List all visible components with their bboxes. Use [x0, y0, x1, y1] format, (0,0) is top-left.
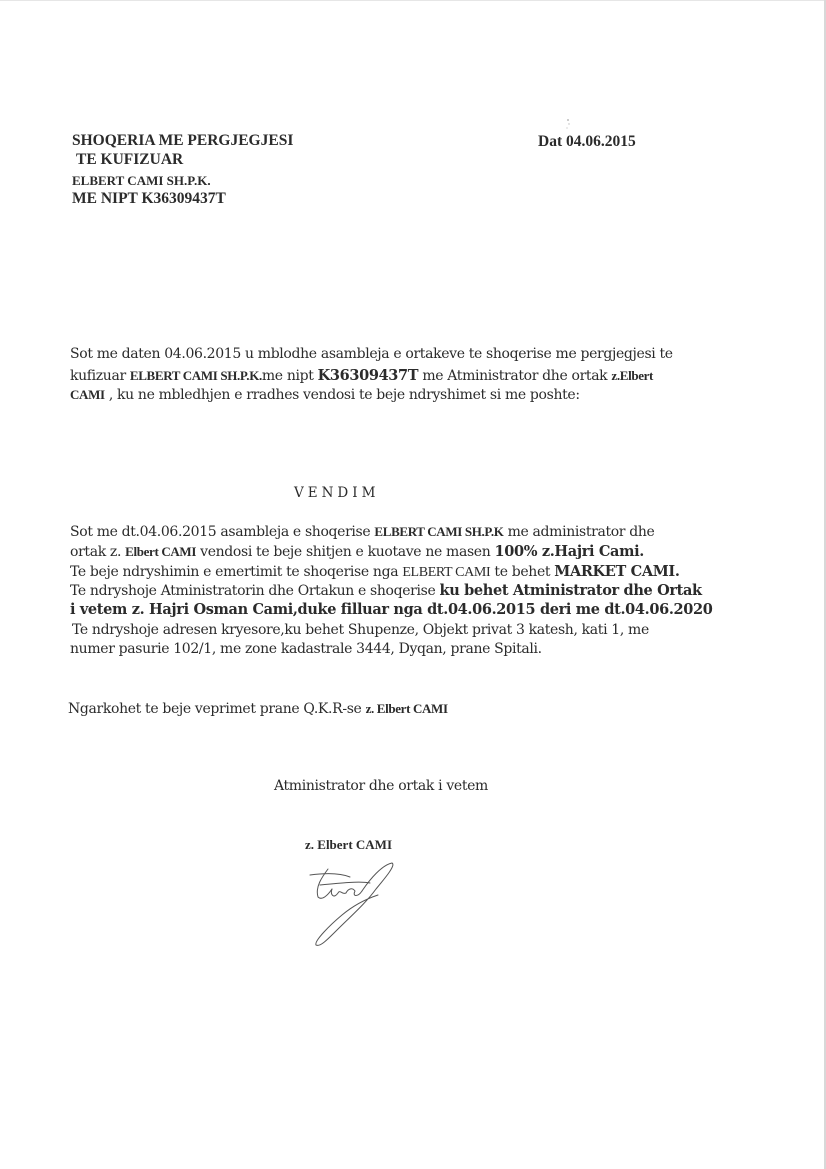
person-name-inline: z.Elbert: [611, 368, 653, 383]
person-name-inline: Elbert CAMI: [125, 544, 196, 559]
text: me administrator dhe: [503, 524, 654, 540]
company-name-inline: ELBERT CAMI SH.P.K: [374, 524, 503, 539]
decision-line-2: ortak z. Elbert CAMI vendosi te beje shi…: [70, 543, 644, 560]
text: Sot me dt.04.06.2015 asambleja e shoqeri…: [70, 524, 374, 540]
signature-icon: [300, 855, 420, 950]
text: kufizuar: [70, 368, 130, 384]
scan-specks: [560, 110, 590, 240]
scan-edge-top: [0, 0, 826, 1]
decision-line-5: i vetem z. Hajri Osman Cami,duke filluar…: [70, 601, 712, 618]
decision-line-3: Te beje ndryshimin e emertimit te shoqer…: [70, 563, 680, 581]
company-name: ELBERT CAMI SH.P.K.: [72, 173, 211, 189]
text: ortak z.: [70, 544, 125, 560]
text: , ku ne mbledhjen e rradhes vendosi te b…: [105, 387, 580, 403]
text: Te ndryshoje Atministratorin dhe Ortakun…: [70, 583, 440, 599]
administrator-change: ku behet Atministrator dhe Ortak: [440, 582, 702, 599]
decision-line-6: Te ndryshoje adresen kryesore,ku behet S…: [72, 622, 649, 638]
intro-line-1: Sot me daten 04.06.2015 u mblodhe asambl…: [70, 346, 673, 362]
text: me nipt: [262, 368, 318, 384]
text: Te beje ndryshimin e emertimit te shoqer…: [70, 564, 402, 580]
document-date: Dat 04.06.2015: [538, 133, 636, 151]
text: Ngarkohet te beje veprimet prane Q.K.R-s…: [68, 701, 366, 717]
company-nipt: ME NIPT K36309437T: [72, 190, 226, 208]
intro-line-3: CAMI , ku ne mbledhjen e rradhes vendosi…: [70, 387, 580, 403]
decision-line-4: Te ndryshoje Atministratorin dhe Ortakun…: [70, 582, 702, 599]
signatory-role: Atministrator dhe ortak i vetem: [274, 778, 488, 794]
person-name-inline: z. Elbert CAMI: [366, 701, 448, 716]
person-name-inline: CAMI: [70, 387, 105, 402]
charge-line: Ngarkohet te beje veprimet prane Q.K.R-s…: [68, 701, 448, 717]
text: vendosi te beje shitjen e kuotave ne mas…: [196, 544, 494, 560]
nipt-inline: K36309437T: [318, 367, 419, 384]
new-name-inline: MARKET CAMI.: [554, 563, 679, 580]
share-transfer: 100% z.Hajri Cami.: [495, 543, 644, 560]
decision-line-7: numer pasurie 102/1, me zone kadastrale …: [70, 641, 542, 657]
intro-line-2: kufizuar ELBERT CAMI SH.P.K.me nipt K363…: [70, 367, 653, 384]
signatory-name: z. Elbert CAMI: [305, 837, 392, 853]
text: te behet: [490, 564, 554, 580]
decision-title: VENDIM: [294, 485, 379, 501]
company-type-line1: SHOQERIA ME PERGJEGJESI: [72, 132, 293, 150]
decision-line-1: Sot me dt.04.06.2015 asambleja e shoqeri…: [70, 524, 654, 540]
text: me Atministrator dhe ortak: [418, 368, 611, 384]
company-type-line2: TE KUFIZUAR: [76, 151, 183, 169]
old-name-inline: ELBERT CAMI: [402, 565, 490, 580]
company-name-inline: ELBERT CAMI SH.P.K.: [130, 368, 262, 383]
